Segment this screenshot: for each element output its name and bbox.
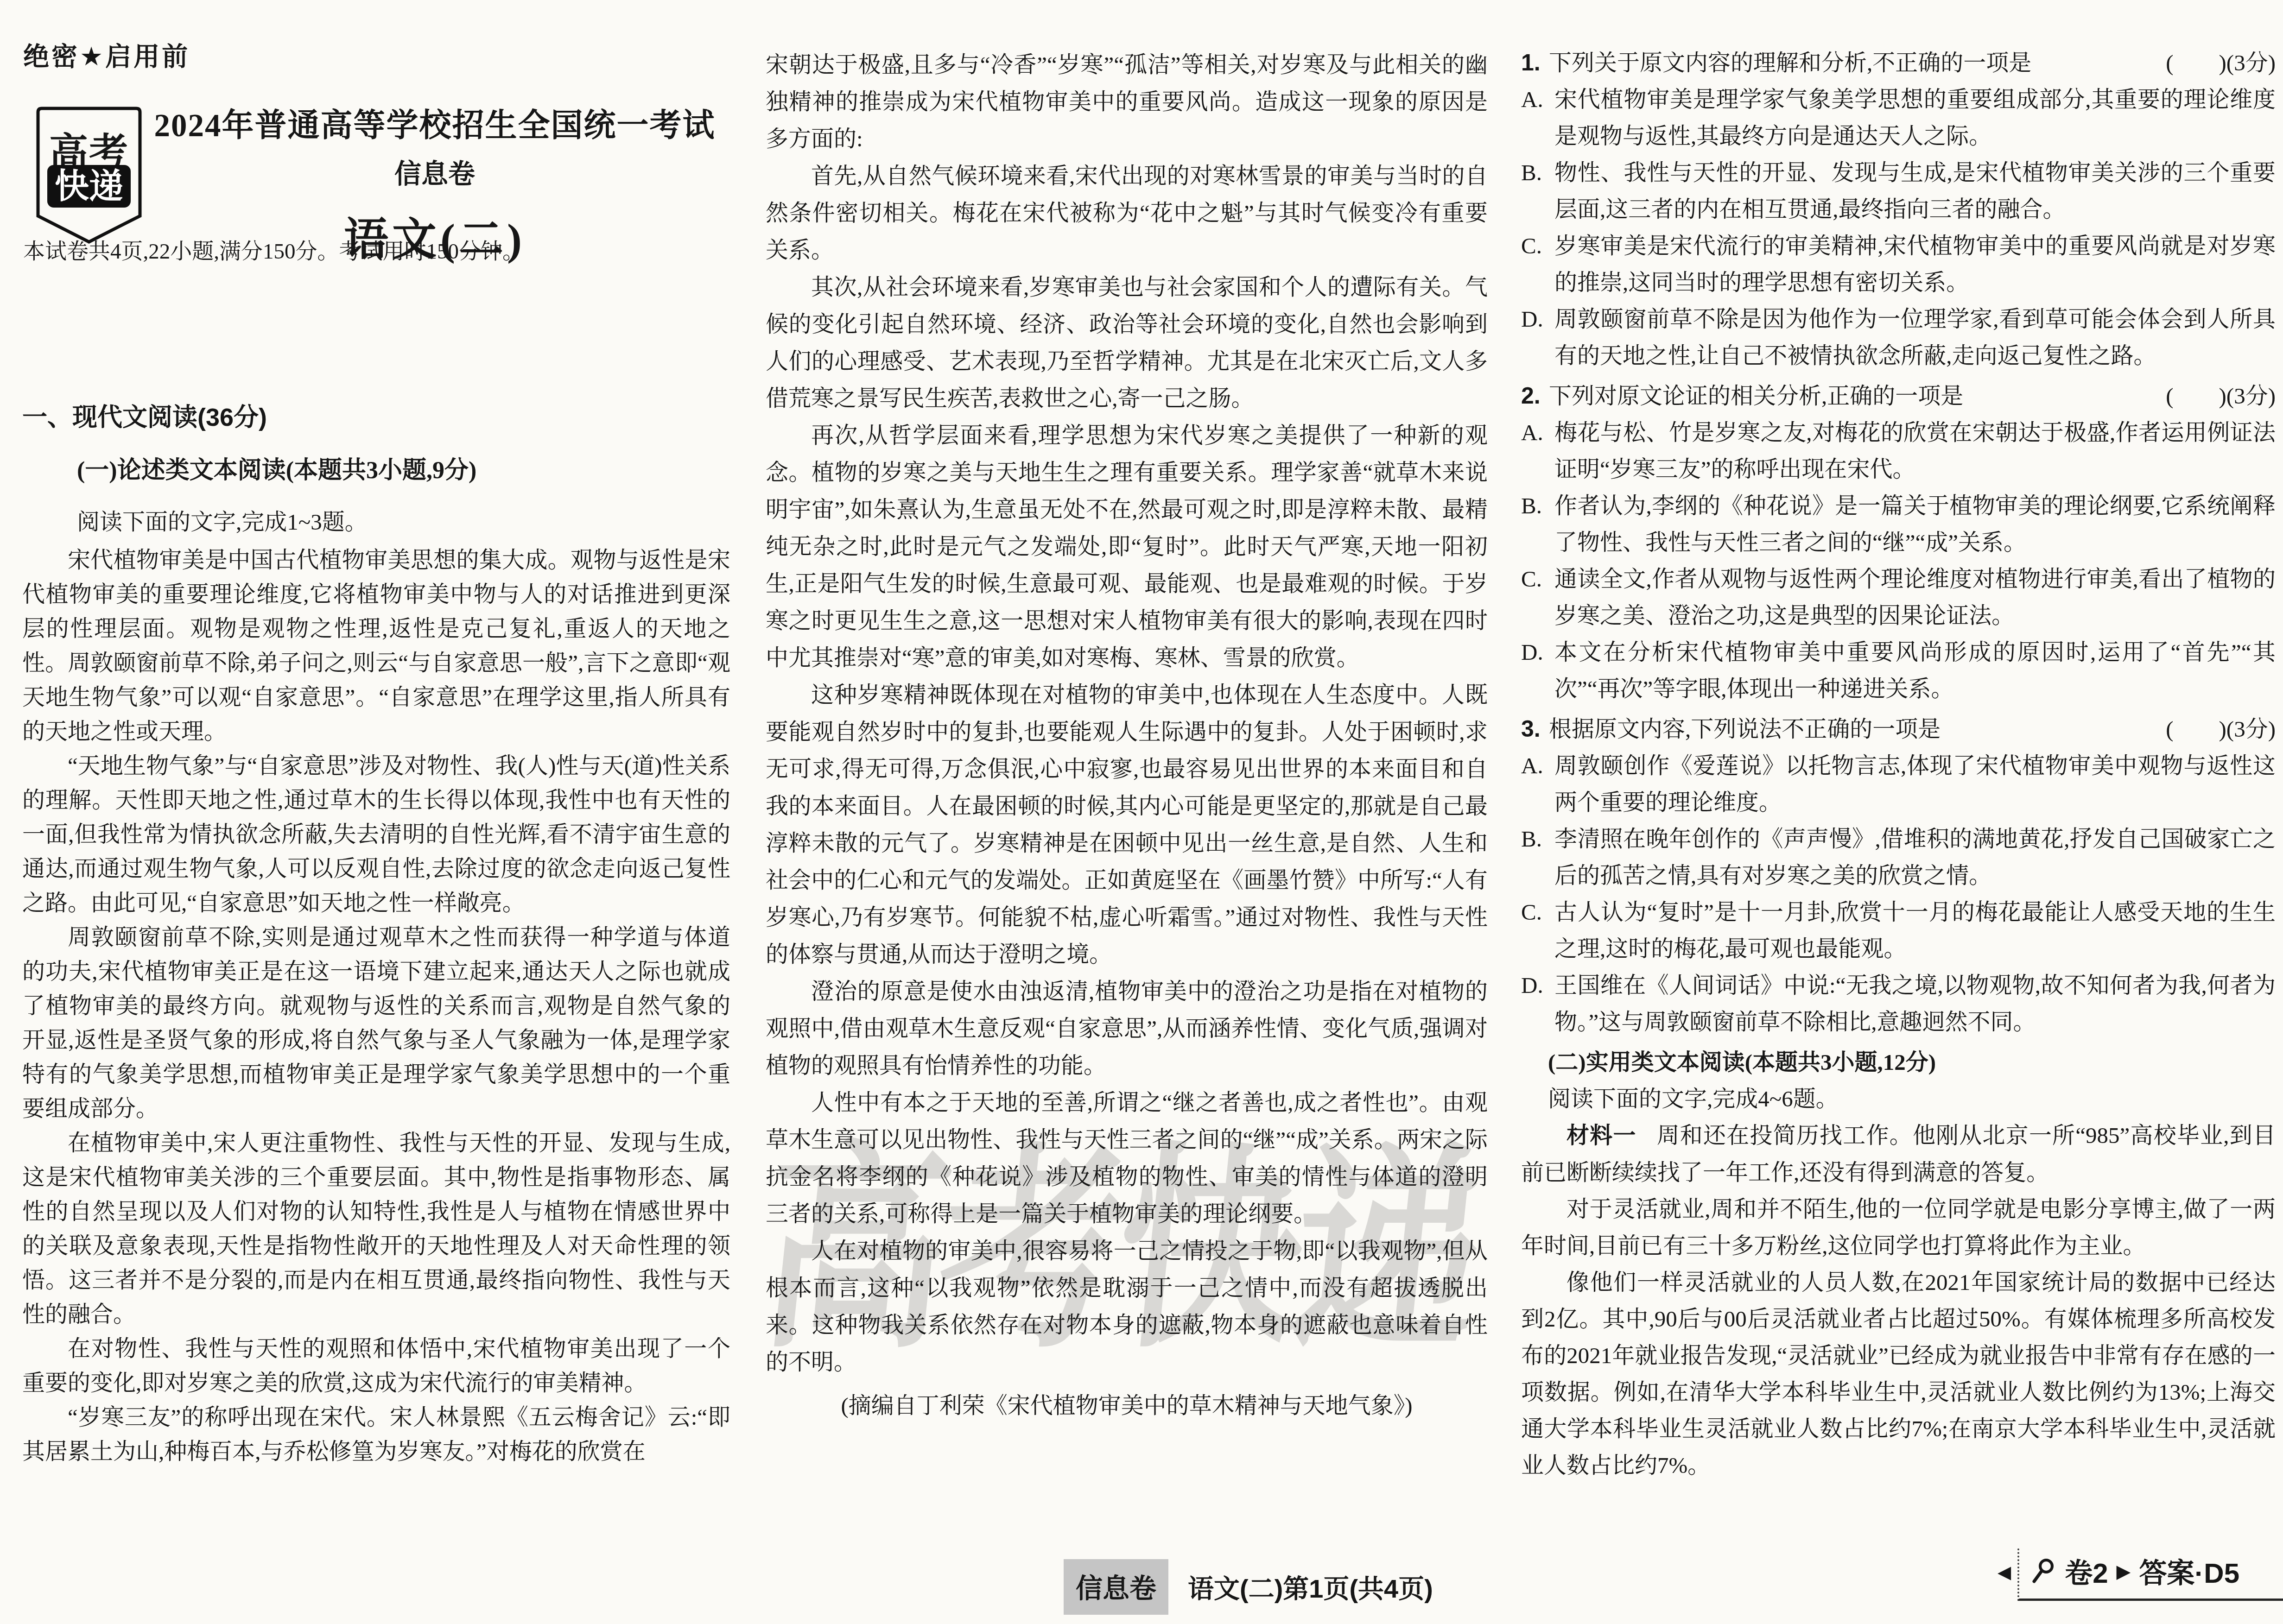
body-paragraph: 宋代植物审美是中国古代植物审美思想的集大成。观物与返性是宋代植物审美的重要理论维… (22, 543, 730, 749)
option-text: 周敦颐创作《爱莲说》以托物言志,体现了宋代植物审美中观物与返性这两个重要的理论维… (1554, 747, 2276, 821)
body-paragraph: “天地生物气象”与“自家意思”涉及对物性、我(人)性与天(道)性关系的理解。天性… (22, 749, 730, 920)
option-d: D. 本文在分析宋代植物审美中重要风尚形成的原因时,运用了“首先”“其次”“再次… (1521, 634, 2276, 707)
option-text: 李清照在晚年创作的《声声慢》,借堆积的满地黄花,抒发自己国破家亡之后的孤苦之情,… (1554, 821, 2276, 894)
option-label: C. (1521, 227, 1554, 301)
option-label: A. (1521, 747, 1554, 821)
body-paragraph: 澄治的原意是使水由浊返清,植物审美中的澄治之功是指在对植物的观照中,借由观草木生… (766, 973, 1488, 1084)
option-label: B. (1521, 821, 1554, 894)
question-2: 2. 下列对原文论证的相关分析,正确的一项是 ( )(3分) A. 梅花与松、竹… (1521, 378, 2276, 707)
option-b: B. 物性、我性与天性的开显、发现与生成,是宋代植物审美关涉的三个重要层面,这三… (1521, 154, 2276, 227)
question-number: 1. (1521, 44, 1549, 81)
material-one-paragraph: 材料一周和还在投简历找工作。他刚从北京一所“985”高校毕业,到目前已断断续续找… (1521, 1117, 2276, 1191)
material-one-label: 材料一 (1566, 1123, 1636, 1148)
question-number: 3. (1521, 711, 1549, 747)
body-paragraph: 周敦颐窗前草不除,实则是通过观草木之性而获得一种学道与体道的功夫,宋代植物审美正… (22, 920, 730, 1126)
body-paragraph: “岁寒三友”的称呼出现在宋代。宋人林景熙《五云梅舍记》云:“即其居累土为山,种梅… (22, 1400, 730, 1469)
option-label: B. (1521, 487, 1554, 561)
paper-type: 信息卷 (138, 152, 731, 191)
question-1: 1. 下列关于原文内容的理解和分析,不正确的一项是 ( )(3分) A. 宋代植… (1521, 44, 2276, 374)
option-label: A. (1521, 414, 1554, 487)
option-text: 宋代植物审美是理学家气象美学思想的重要组成部分,其重要的理论维度是观物与返性,其… (1554, 81, 2276, 154)
body-paragraph: 人在对植物的审美中,很容易将一己之情投之于物,即“以我观物”,但从根本而言,这种… (766, 1232, 1488, 1381)
question-score: (3分) (2226, 50, 2276, 76)
option-a: A. 梅花与松、竹是岁寒之友,对梅花的欣赏在宋朝达于极盛,作者运用例证法证明“岁… (1521, 414, 2276, 487)
body-paragraph: 人性中有本之于天地的至善,所谓之“继之者善也,成之者性也”。由观草木生意可以见出… (766, 1084, 1488, 1232)
body-paragraph: 在对物性、我性与天性的观照和体悟中,宋代植物审美出现了一个重要的变化,即对岁寒之… (22, 1332, 730, 1400)
question-score: (3分) (2226, 716, 2276, 742)
question-3: 3. 根据原文内容,下列说法不正确的一项是 ( )(3分) A. 周敦颐创作《爱… (1521, 711, 2276, 1040)
question-number: 2. (1521, 378, 1549, 414)
option-label: A. (1521, 81, 1554, 154)
body-paragraph-continuation: 宋朝达于极盛,且多与“冷香”“岁寒”“孤洁”等相关,对岁寒及与此相关的幽独精神的… (766, 46, 1488, 158)
question-score: (3分) (2226, 383, 2276, 409)
left-triangle-icon: ◀ (1998, 1562, 2011, 1587)
volume-label: 卷2 (2065, 1551, 2108, 1591)
source-attribution: (摘编自丁利荣《宋代植物审美中的草木精神与天地气象》) (766, 1387, 1488, 1424)
option-c: C. 岁寒审美是宋代流行的审美精神,宋代植物审美中的重要风尚就是对岁寒的推崇,这… (1521, 227, 2276, 301)
answer-reference-tab: ◀ 卷2 ▶ 答案·D5 (1998, 1548, 2283, 1601)
right-triangle-icon: ▶ (2117, 1561, 2131, 1582)
question-stem: 下列对原文论证的相关分析,正确的一项是 (1549, 378, 1963, 414)
page-footer: 信息卷 语文(二)第1页(共4页) (1064, 1559, 1433, 1615)
exam-title: 2024年普通高等学校招生全国统一考试 (138, 100, 731, 145)
exam-instructions: 本试卷共4页,22小题,满分150分。考试用时150分钟。 (23, 234, 524, 265)
essay-left-text: 宋代植物审美是中国古代植物审美思想的集大成。观物与返性是宋代植物审美的重要理论维… (22, 543, 730, 1469)
option-text: 古人认为“复时”是十一月卦,欣赏十一月的梅花最能让人感受天地的生生之理,这时的梅… (1554, 894, 2276, 967)
body-paragraph: 在植物审美中,宋人更注重物性、我性与天性的开显、发现与生成,这是宋代植物审美关涉… (22, 1126, 730, 1332)
option-text: 作者认为,李纲的《种花说》是一篇关于植物审美的理论纲要,它系统阐释了物性、我性与… (1554, 487, 2276, 561)
option-text: 物性、我性与天性的开显、发现与生成,是宋代植物审美关涉的三个重要层面,这三者的内… (1554, 154, 2276, 227)
option-label: C. (1521, 894, 1554, 967)
essay-middle-text: 宋朝达于极盛,且多与“冷香”“岁寒”“孤洁”等相关,对岁寒及与此相关的幽独精神的… (766, 46, 1488, 1424)
footer-page-info: 语文(二)第1页(共4页) (1188, 1568, 1433, 1605)
exam-brand-logo: 高考 快递 (35, 106, 143, 245)
part-one-read-intro: 阅读下面的文字,完成1~3题。 (77, 504, 368, 537)
option-label: B. (1521, 154, 1554, 227)
question-stem: 根据原文内容,下列说法不正确的一项是 (1549, 711, 1941, 747)
option-a: A. 周敦颐创作《爱莲说》以托物言志,体现了宋代植物审美中观物与返性这两个重要的… (1521, 747, 2276, 821)
answer-ref-label: 答案·D5 (2139, 1551, 2239, 1591)
option-text: 本文在分析宋代植物审美中重要风尚形成的原因时,运用了“首先”“其次”“再次”等字… (1554, 634, 2276, 707)
secret-label: 绝密★启用前 (23, 36, 190, 73)
option-b: B. 作者认为,李纲的《种花说》是一篇关于植物审美的理论纲要,它系统阐释了物性、… (1521, 487, 2276, 561)
footer-volume-badge: 信息卷 (1064, 1559, 1168, 1615)
body-paragraph: 其次,从社会环境来看,岁寒审美也与社会家国和个人的遭际有关。气候的变化引起自然环… (766, 269, 1488, 417)
material-one-paragraph: 像他们一样灵活就业的人员人数,在2021年国家统计局的数据中已经达到2亿。其中,… (1521, 1264, 2276, 1484)
option-d: D. 周敦颐窗前草不除是因为他作为一位理学家,看到草可能会体会到人所具有的天地之… (1521, 301, 2276, 374)
option-text: 王国维在《人间词话》中说:“无我之境,以物观物,故不知何者为我,何者为物。”这与… (1554, 967, 2276, 1040)
option-label: D. (1521, 634, 1554, 707)
question-stem: 下列关于原文内容的理解和分析,不正确的一项是 (1549, 44, 2031, 81)
body-paragraph: 再次,从哲学层面来看,理学思想为宋代岁寒之美提供了一种新的观念。植物的岁寒之美与… (766, 417, 1488, 676)
part-two-subheading: (二)实用类文本阅读(本题共3小题,12分) (1548, 1044, 2276, 1081)
option-text: 周敦颐窗前草不除是因为他作为一位理学家,看到草可能会体会到人所具有的天地之性,让… (1554, 301, 2276, 374)
material-one-paragraph: 对于灵活就业,周和并不陌生,他的一位同学就是电影分享博主,做了一两年时间,目前已… (1521, 1191, 2276, 1264)
answer-bracket: ( ) (2166, 716, 2226, 742)
answer-bracket: ( ) (2166, 50, 2226, 76)
option-c: C. 通读全文,作者从观物与返性两个理论维度对植物进行审美,看出了植物的岁寒之美… (1521, 561, 2276, 634)
body-paragraph: 首先,从自然气候环境来看,宋代出现的对寒林雪景的审美与当时的自然条件密切相关。梅… (766, 158, 1488, 269)
option-d: D. 王国维在《人间词话》中说:“无我之境,以物观物,故不知何者为我,何者为物。… (1521, 967, 2276, 1040)
option-text: 岁寒审美是宋代流行的审美精神,宋代植物审美中的重要风尚就是对岁寒的推崇,这同当时… (1554, 227, 2276, 301)
option-label: D. (1521, 301, 1554, 374)
option-label: C. (1521, 561, 1554, 634)
body-paragraph: 这种岁寒精神既体现在对植物的审美中,也体现在人生态度中。人既要能观自然岁时中的复… (766, 676, 1488, 973)
option-c: C. 古人认为“复时”是十一月卦,欣赏十一月的梅花最能让人感受天地的生生之理,这… (1521, 894, 2276, 967)
option-a: A. 宋代植物审美是理学家气象美学思想的重要组成部分,其重要的理论维度是观物与返… (1521, 81, 2276, 154)
part-two-read-intro: 阅读下面的文字,完成4~6题。 (1548, 1081, 2276, 1117)
option-label: D. (1521, 967, 1554, 1040)
option-text: 梅花与松、竹是岁寒之友,对梅花的欣赏在宋朝达于极盛,作者运用例证法证明“岁寒三友… (1554, 414, 2276, 487)
option-b: B. 李清照在晚年创作的《声声慢》,借堆积的满地黄花,抒发自己国破家亡之后的孤苦… (1521, 821, 2276, 894)
magnifier-icon (2030, 1557, 2056, 1585)
answer-bracket: ( ) (2166, 383, 2226, 409)
section-one-heading: 一、现代文阅读(36分) (22, 398, 267, 433)
part-one-subheading: (一)论述类文本阅读(本题共3小题,9分) (77, 450, 476, 485)
logo-bottom-badge: 快递 (47, 165, 131, 208)
option-text: 通读全文,作者从观物与返性两个理论维度对植物进行审美,看出了植物的岁寒之美、澄治… (1554, 561, 2276, 634)
